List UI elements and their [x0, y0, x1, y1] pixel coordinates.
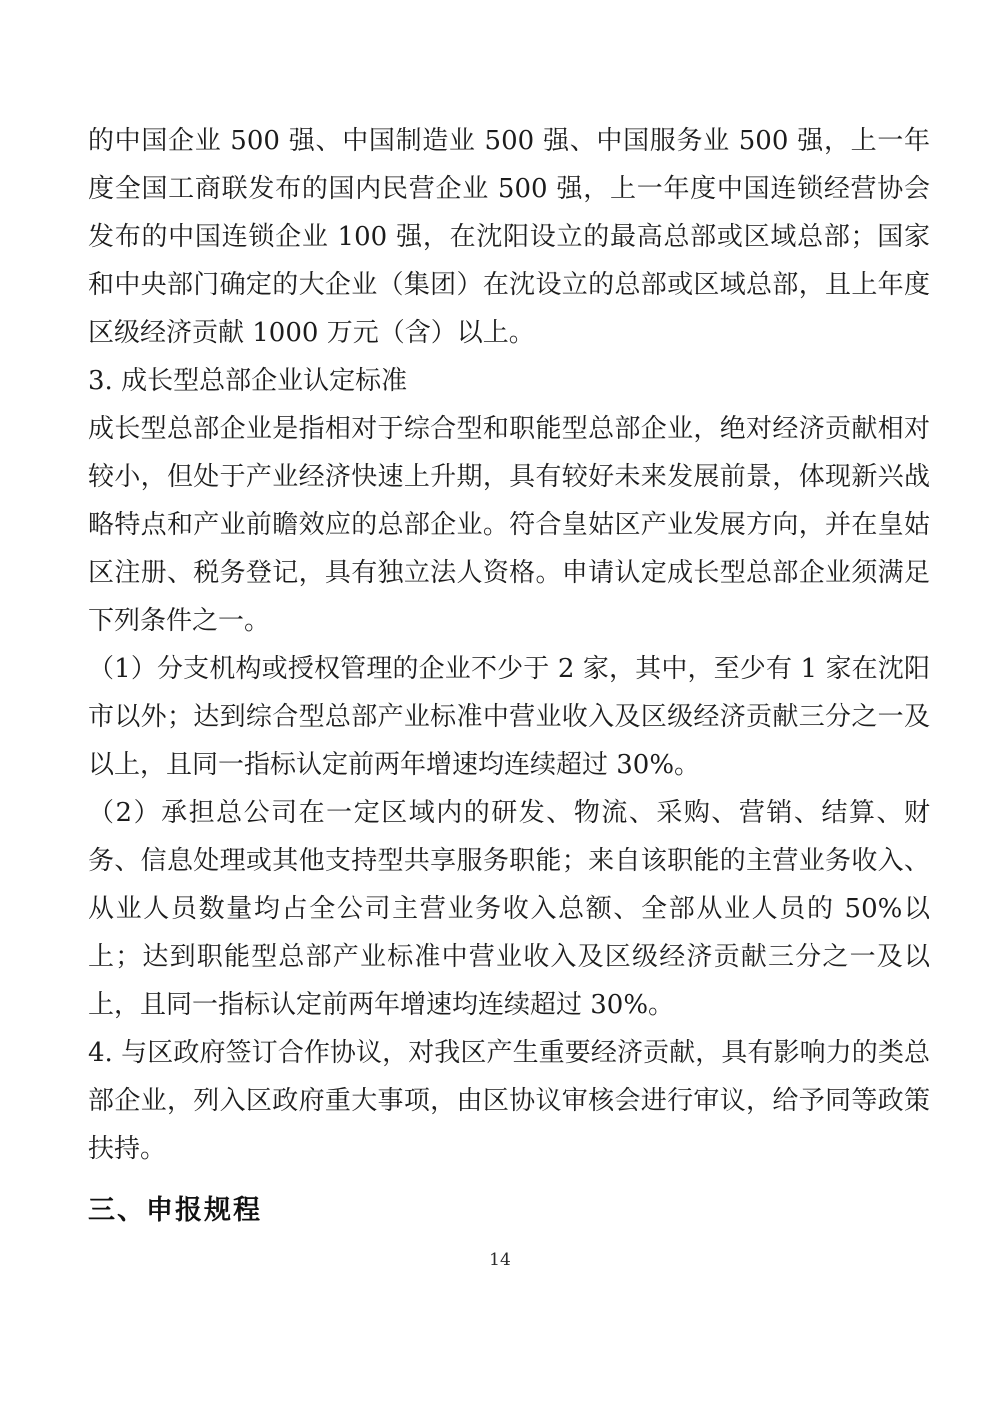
- paragraph-item3-title: 3. 成长型总部企业认定标准: [88, 357, 930, 405]
- page-number: 14: [0, 1248, 1000, 1272]
- document-page: 的中国企业 500 强、中国制造业 500 强、中国服务业 500 强，上一年度…: [0, 0, 1000, 1413]
- paragraph-continuation-top500: 的中国企业 500 强、中国制造业 500 强、中国服务业 500 强，上一年度…: [88, 117, 930, 357]
- paragraph-condition-1: （1）分支机构或授权管理的企业不少于 2 家，其中，至少有 1 家在沈阳市以外；…: [88, 645, 930, 789]
- paragraph-item4-agreement: 4. 与区政府签订合作协议，对我区产生重要经济贡献，具有影响力的类总部企业，列入…: [88, 1029, 930, 1173]
- paragraph-growth-hq-definition: 成长型总部企业是指相对于综合型和职能型总部企业，绝对经济贡献相对较小，但处于产业…: [88, 405, 930, 645]
- document-body: 的中国企业 500 强、中国制造业 500 强、中国服务业 500 强，上一年度…: [88, 117, 930, 1235]
- paragraph-condition-2: （2）承担总公司在一定区域内的研发、物流、采购、营销、结算、财务、信息处理或其他…: [88, 789, 930, 1029]
- section-heading-application-procedure: 三、申报规程: [88, 1187, 930, 1235]
